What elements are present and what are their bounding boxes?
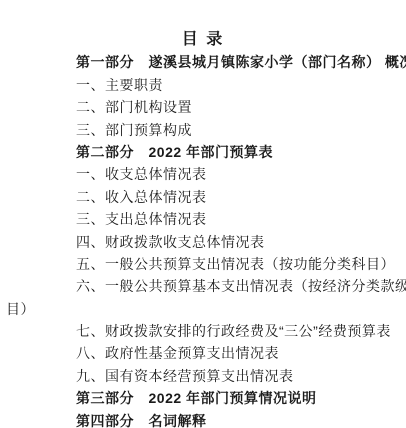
toc-line: 四、财政拨款收支总体情况表 (0, 231, 406, 253)
toc-lines: 第一部分 遂溪县城月镇陈家小学（部门名称） 概况一、主要职责二、部门机构设置三、… (0, 51, 406, 428)
toc-line: 五、一般公共预算支出情况表（按功能分类科目） (0, 253, 406, 275)
toc-line: 第四部分 名词解释 (0, 410, 406, 428)
toc-line: 目） (0, 298, 406, 320)
toc-title: 目 录 (0, 29, 406, 51)
toc-line: 三、部门预算构成 (0, 119, 406, 141)
toc-line: 六、一般公共预算基本支出情况表（按经济分类款级科 (0, 275, 406, 297)
toc-line: 第一部分 遂溪县城月镇陈家小学（部门名称） 概况 (0, 51, 406, 73)
toc-line: 三、支出总体情况表 (0, 208, 406, 230)
toc-line: 第三部分 2022 年部门预算情况说明 (0, 387, 406, 409)
toc-line: 一、主要职责 (0, 74, 406, 96)
toc-line: 八、政府性基金预算支出情况表 (0, 342, 406, 364)
toc-line: 九、国有资本经营预算支出情况表 (0, 365, 406, 387)
toc-line: 二、部门机构设置 (0, 96, 406, 118)
toc-line: 二、收入总体情况表 (0, 186, 406, 208)
toc-line: 一、收支总体情况表 (0, 163, 406, 185)
document-page: 目 录 第一部分 遂溪县城月镇陈家小学（部门名称） 概况一、主要职责二、部门机构… (0, 0, 406, 428)
toc-line: 第二部分 2022 年部门预算表 (0, 141, 406, 163)
toc-line: 七、财政拨款安排的行政经费及“三公”经费预算表 (0, 320, 406, 342)
